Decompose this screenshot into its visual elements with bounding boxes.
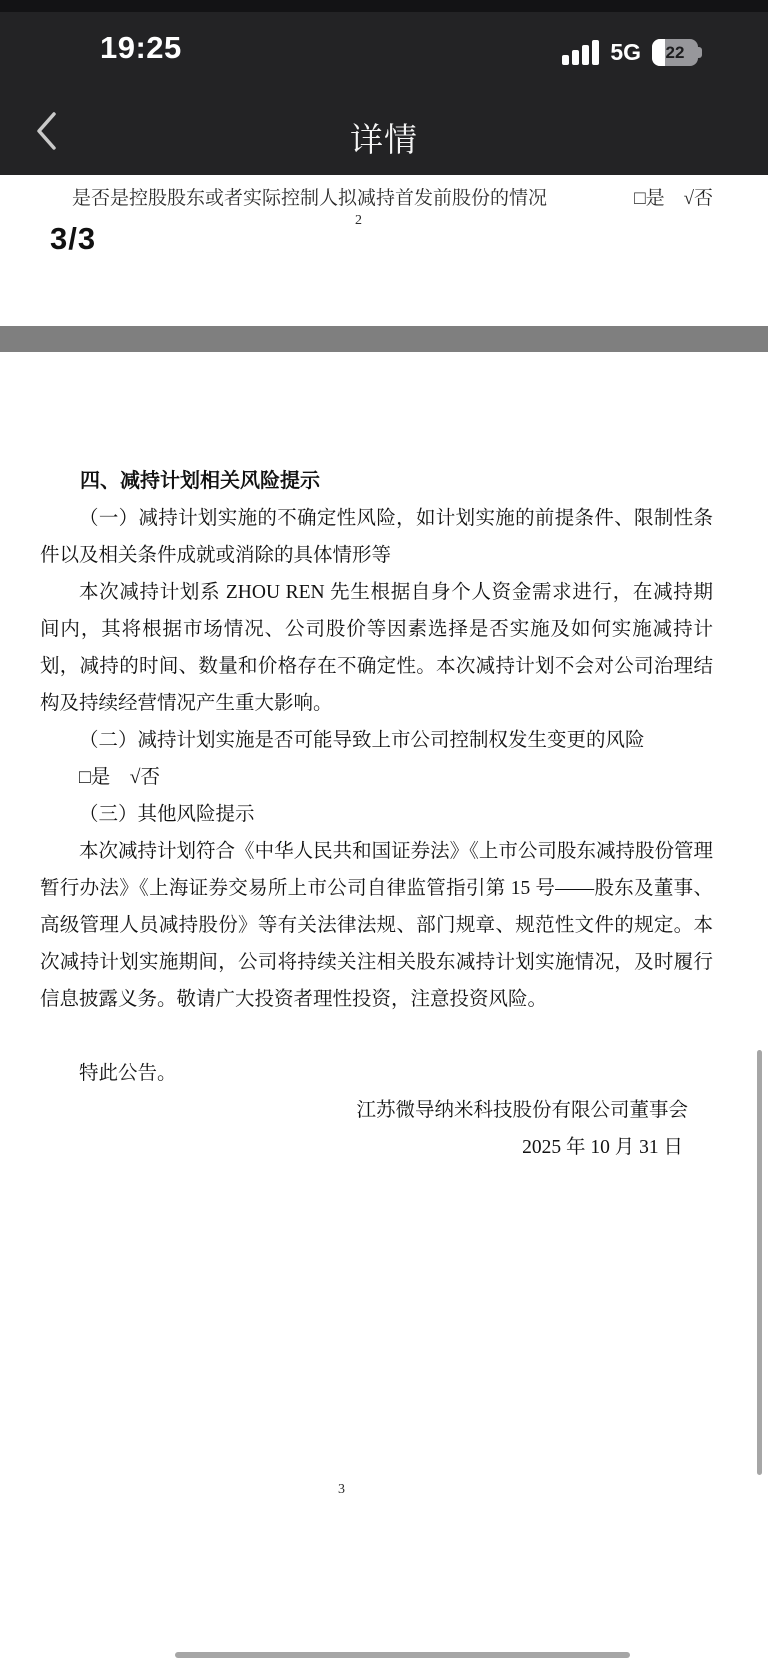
- battery-icon: 22: [652, 39, 704, 66]
- section-heading: 四、减持计划相关风险提示: [40, 463, 713, 500]
- battery-cap: [698, 47, 702, 58]
- page2-answer-checkbox: □是 √否: [634, 183, 713, 210]
- document-viewer[interactable]: 是否是控股股东或者实际控制人拟减持首发前股份的情况 □是 √否 2 3/3 四、…: [0, 175, 768, 1665]
- phone-screen: 19:25 5G 22 详情: [0, 0, 768, 1665]
- signature-line: 江苏微导纳米科技股份有限公司董事会: [40, 1092, 688, 1129]
- battery-percent-label: 22: [652, 39, 698, 66]
- paragraph: （三）其他风险提示: [40, 796, 713, 833]
- paragraph: 本次减持计划系 ZHOU REN 先生根据自身个人资金需求进行，在减持期间内，其…: [40, 574, 713, 722]
- status-icons: 5G 22: [562, 36, 704, 66]
- battery-body: 22: [652, 39, 698, 66]
- page-position-indicator: 3/3: [50, 221, 96, 257]
- network-type-label: 5G: [610, 39, 641, 66]
- page2-question-row: 是否是控股股东或者实际控制人拟减持首发前股份的情况 □是 √否: [72, 183, 713, 210]
- page-separator-band: [0, 326, 768, 352]
- paragraph: （二）减持计划实施是否可能导致上市公司控制权发生变更的风险: [40, 722, 713, 759]
- status-time: 19:25: [100, 30, 182, 66]
- cellular-signal-icon: [562, 39, 599, 66]
- paragraph: （一）减持计划实施的不确定性风险，如计划实施的前提条件、限制性条件以及相关条件成…: [40, 500, 713, 574]
- page3-content: 四、减持计划相关风险提示 （一）减持计划实施的不确定性风险，如计划实施的前提条件…: [40, 352, 713, 1166]
- closing-line: 特此公告。: [40, 1055, 713, 1092]
- app-header: 19:25 5G 22 详情: [0, 0, 768, 176]
- date-line: 2025 年 10 月 31 日: [40, 1129, 683, 1166]
- page-title: 详情: [0, 114, 768, 161]
- paragraph: 本次减持计划符合《中华人民共和国证券法》《上市公司股东减持股份管理暂行办法》《上…: [40, 833, 713, 1018]
- vertical-scrollbar[interactable]: [757, 1050, 762, 1475]
- page2-question: 是否是控股股东或者实际控制人拟减持首发前股份的情况: [72, 183, 547, 210]
- status-bar-top-shade: [0, 0, 768, 12]
- checkbox-line: □是 √否: [40, 759, 713, 796]
- horizontal-scrollbar[interactable]: [175, 1652, 630, 1658]
- page3-footer-number: 3: [0, 1482, 683, 1498]
- page2-footer-number: 2: [355, 213, 362, 229]
